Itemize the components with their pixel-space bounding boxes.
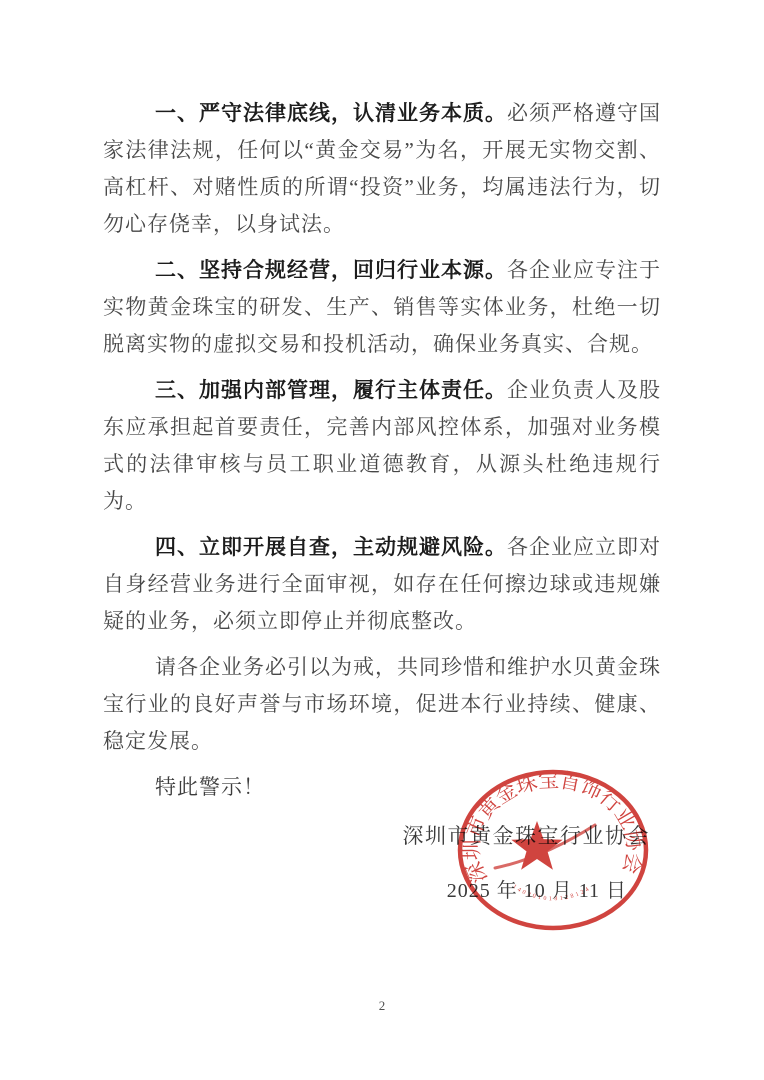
paragraph-4-lead: 四、立即开展自查，主动规避风险。 [155,535,507,559]
signature-block: 深圳市黄金珠宝行业协会 2025 年 10 月 11 日 [403,820,651,903]
closing-paragraph: 请各企业务必引以为戒，共同珍惜和维护水贝黄金珠宝行业的良好声誉与市场环境，促进本… [103,649,661,760]
document-page: 一、严守法律底线，认清业务本质。必须严格遵守国家法律法规，任何以“黄金交易”为名… [0,0,764,1080]
paragraph-3-lead: 三、加强内部管理，履行主体责任。 [155,378,507,402]
paragraph-1: 一、严守法律底线，认清业务本质。必须严格遵守国家法律法规，任何以“黄金交易”为名… [103,95,661,243]
signature-org: 深圳市黄金珠宝行业协会 [403,820,651,850]
paragraph-1-lead: 一、严守法律底线，认清业务本质。 [155,101,507,125]
paragraph-3: 三、加强内部管理，履行主体责任。企业负责人及股东应承担起首要责任，完善内部风控体… [103,372,661,520]
page-number: 2 [0,998,764,1014]
warning-line: 特此警示！ [103,769,661,806]
paragraph-4: 四、立即开展自查，主动规避风险。各企业应立即对自身经营业务进行全面审视，如存在任… [103,529,661,640]
signature-date: 2025 年 10 月 11 日 [403,874,651,903]
paragraph-2: 二、坚持合规经营，回归行业本源。各企业应专注于实物黄金珠宝的研发、生产、销售等实… [103,252,661,363]
notice-body: 一、严守法律底线，认清业务本质。必须严格遵守国家法律法规，任何以“黄金交易”为名… [103,95,661,815]
paragraph-2-lead: 二、坚持合规经营，回归行业本源。 [155,258,507,282]
